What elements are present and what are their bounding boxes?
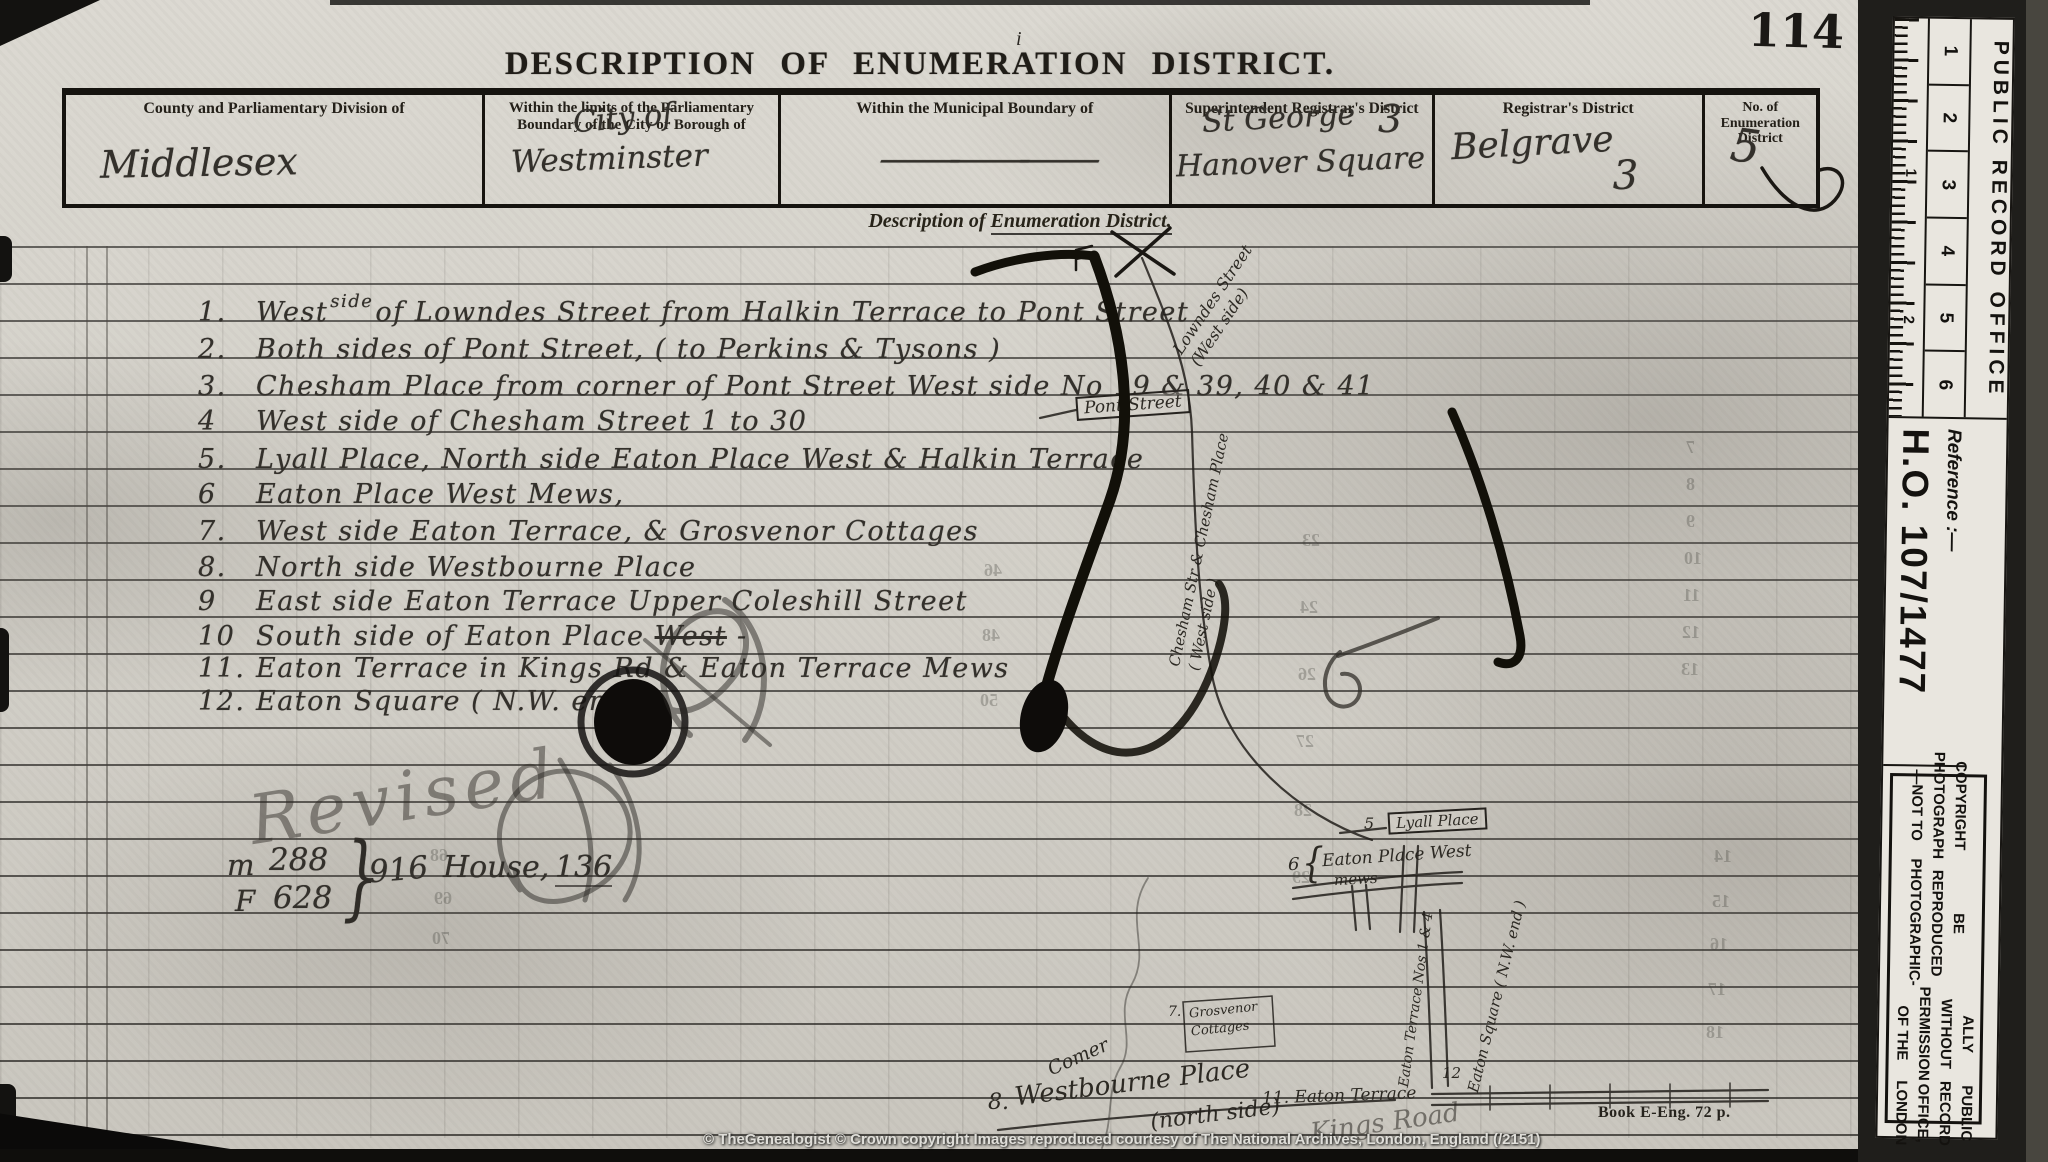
photo-edge-far-right bbox=[2026, 0, 2048, 1162]
pro-ruler-strip: 1 2 1 2 3 4 5 6 PUBLIC RECORD OFFICE Ref… bbox=[1875, 16, 2015, 1140]
scale-number: 2 bbox=[1937, 112, 1959, 123]
item-text: Eaton Place West Mews, bbox=[256, 479, 624, 510]
female-label: F bbox=[235, 884, 255, 918]
bleedthrough-number: 28 bbox=[1294, 800, 1312, 821]
scale-number: 6 bbox=[1933, 379, 1955, 390]
municipal-boundary-label: Within the Municipal Boundary of bbox=[781, 100, 1169, 118]
item-number: 8. bbox=[198, 552, 256, 583]
section-heading-part1: Description of bbox=[868, 210, 990, 232]
ruler-inch-number: 1 bbox=[1902, 168, 1919, 177]
house-value: 136 bbox=[555, 850, 612, 887]
reference-label: Reference :— bbox=[1937, 429, 1964, 755]
scale-number: 3 bbox=[1936, 179, 1958, 190]
list-item: 6Eaton Place West Mews, bbox=[198, 479, 624, 513]
ruler-inch-number: 2 bbox=[1900, 315, 1917, 324]
copyright-line: BE REPRODUCED PHOTOGRAPHIC- bbox=[1903, 859, 1970, 987]
item-pre: West bbox=[256, 297, 328, 328]
cell-superintendent-district: Superintendent Registrar's District St G… bbox=[1172, 95, 1435, 204]
map-label-eaton-place-brace: { bbox=[1302, 840, 1324, 888]
list-item: 8.North side Westbourne Place bbox=[198, 552, 696, 586]
item-text: Both sides of Pont Street, ( to Perkins … bbox=[256, 334, 1001, 365]
registrar-district-value: Belgrave bbox=[1450, 119, 1615, 168]
bleedthrough-number: 26 bbox=[1298, 664, 1316, 685]
bleedthrough-number: 27 bbox=[1296, 731, 1314, 752]
scale-box: 2 bbox=[1928, 85, 1969, 152]
scale-box: 4 bbox=[1926, 219, 1967, 286]
copyright-line: PUBLIC RECORD OFFICE, LONDON bbox=[1889, 1080, 1977, 1146]
scale-number: 4 bbox=[1935, 246, 1957, 257]
superintendent-district-value-1: St George bbox=[1201, 97, 1356, 140]
registrar-district-num: 3 bbox=[1613, 153, 1638, 199]
superintendent-district-num: 3 bbox=[1378, 97, 1402, 141]
ruler-scale-boxes: 1 2 3 4 5 6 bbox=[1924, 19, 1972, 418]
ruler-ticks: 1 2 bbox=[1889, 18, 1930, 417]
photo-edge-nick bbox=[0, 628, 9, 712]
list-item: 7.West side Eaton Terrace, & Grosvenor C… bbox=[198, 516, 979, 550]
item-number: 11. bbox=[198, 653, 256, 684]
cell-parliamentary-boundary: Within the limits of the Parliamentary B… bbox=[485, 95, 781, 204]
bleedthrough-number: 24 bbox=[1300, 597, 1318, 618]
male-label: m bbox=[227, 848, 255, 882]
county-label: County and Parliamentary Division of bbox=[66, 100, 482, 118]
female-value: 628 bbox=[273, 880, 332, 916]
item-text: West side of Chesham Street 1 to 30 bbox=[256, 406, 808, 437]
bleedthrough-number: 11 bbox=[1683, 585, 1700, 606]
map-label-grosvenor-number: 7. bbox=[1168, 1004, 1181, 1020]
item-number: 7. bbox=[198, 516, 256, 547]
list-item: 9East side Eaton Terrace Upper Coleshill… bbox=[198, 586, 968, 620]
section-heading-part2: Enumeration District. bbox=[991, 210, 1172, 235]
map-label-grosvenor-cottages: Grosvenor Cottages bbox=[1188, 999, 1260, 1042]
list-item: 2.Both sides of Pont Street, ( to Perkin… bbox=[198, 334, 1001, 368]
item-text: Lyall Place, North side Eaton Place West… bbox=[256, 444, 1144, 475]
scale-number: 1 bbox=[1938, 46, 1960, 57]
item-text: of Lowndes Street from Halkin Terrace to… bbox=[375, 297, 1189, 328]
bleedthrough-number: 17 bbox=[1708, 979, 1726, 1000]
map-label-eaton-place-mews: mews bbox=[1334, 869, 1379, 889]
item-number: 3. bbox=[198, 371, 256, 402]
map-label-westbourne-number: 8. bbox=[988, 1090, 1009, 1115]
population-summary: m 288 F 628 } 916 House, 136 bbox=[225, 840, 685, 940]
list-item: 12.Eaton Square ( N.W. end. ) bbox=[198, 686, 659, 720]
item-number: 4 bbox=[198, 406, 256, 437]
scale-number: 5 bbox=[1934, 312, 1956, 323]
bleedthrough-number: 13 bbox=[1681, 659, 1699, 680]
ruler-section: 1 2 1 2 3 4 5 6 PUBLIC RECORD OFFICE bbox=[1889, 18, 2013, 420]
item-text: Chesham Place from corner of Pont Street… bbox=[256, 371, 1375, 402]
list-item: 3.Chesham Place from corner of Pont Stre… bbox=[198, 371, 1375, 405]
registrar-district-label: Registrar's District bbox=[1435, 100, 1702, 118]
item-number: 1. bbox=[198, 297, 256, 328]
item-number: 9 bbox=[198, 586, 256, 617]
list-item: 1.Westsideof Lowndes Street from Halkin … bbox=[198, 291, 1189, 325]
cell-enumeration-district-no: No. of Enumeration District 5 bbox=[1705, 95, 1816, 204]
watermark-credit: © TheGenealogist © Crown copyright Image… bbox=[703, 1131, 1541, 1148]
list-item: 11.Eaton Terrace in Kings Rd & Eaton Ter… bbox=[198, 653, 1010, 687]
copyright-line: ALLY WITHOUT PERMISSION OF THE bbox=[1890, 986, 1978, 1082]
item-text: East side Eaton Terrace Upper Coleshill … bbox=[256, 586, 968, 617]
item-number: 5. bbox=[198, 444, 256, 475]
house-label: House, bbox=[443, 850, 549, 885]
section-heading: Description of Enumeration District. bbox=[760, 210, 1280, 233]
bleedthrough-number: 10 bbox=[1684, 548, 1702, 569]
margin-rule-left bbox=[86, 246, 88, 1130]
bleedthrough-number: 46 bbox=[984, 560, 1002, 581]
item-tail: - bbox=[737, 621, 748, 652]
item-superscript: side bbox=[330, 291, 373, 312]
total-value: 916 bbox=[368, 849, 430, 890]
item-number: 12. bbox=[198, 686, 256, 717]
map-label-eaton-place-number: 6 bbox=[1288, 854, 1299, 875]
copyright-section: COPYRIGHT PHOTOGRAPH—NOT TO BE REPRODUCE… bbox=[1878, 766, 2002, 1132]
item-number: 2. bbox=[198, 334, 256, 365]
list-item: 10South side of Eaton Place West - bbox=[198, 621, 748, 655]
reference-section: Reference :— H.O. 107/1477 bbox=[1883, 418, 1970, 767]
header-table: County and Parliamentary Division of Mid… bbox=[62, 88, 1820, 208]
photo-edge-nick bbox=[0, 236, 12, 282]
map-label-grosvenor-line2: Cottages bbox=[1190, 1019, 1250, 1040]
item-text: North side Westbourne Place bbox=[256, 552, 696, 583]
bleedthrough-number: 15 bbox=[1712, 891, 1730, 912]
superintendent-district-value-2: Hanover Square bbox=[1175, 141, 1425, 185]
map-label-eaton-square-number: 12 bbox=[1442, 1064, 1461, 1082]
item-text: West side Eaton Terrace, & Grosvenor Cot… bbox=[256, 516, 979, 547]
copyright-box: COPYRIGHT PHOTOGRAPH—NOT TO BE REPRODUCE… bbox=[1885, 773, 1987, 1124]
scale-box: 6 bbox=[1924, 352, 1965, 417]
parliamentary-boundary-value-2: Westminster bbox=[511, 138, 709, 181]
item-number: 10 bbox=[198, 621, 256, 652]
cell-municipal-boundary: Within the Municipal Boundary of ——— bbox=[781, 95, 1172, 204]
cell-county: County and Parliamentary Division of Mid… bbox=[66, 95, 485, 204]
bleedthrough-number: 48 bbox=[982, 625, 1000, 646]
book-reference: Book E-Eng. 72 p. bbox=[1598, 1104, 1731, 1122]
public-record-office-label: PUBLIC RECORD OFFICE bbox=[1966, 19, 2013, 418]
scanned-census-page: 7891011121314151617182324262728294648506… bbox=[0, 0, 2048, 1162]
scale-box: 3 bbox=[1927, 152, 1968, 219]
county-value: Middlesex bbox=[100, 139, 299, 186]
copyright-line: COPYRIGHT PHOTOGRAPH—NOT TO bbox=[1905, 751, 1972, 859]
photo-edge-top bbox=[330, 0, 1590, 5]
bleedthrough-number: 16 bbox=[1710, 934, 1728, 955]
municipal-boundary-value: ——— bbox=[877, 139, 1086, 180]
parliamentary-boundary-value-1: City of bbox=[572, 97, 675, 141]
map-label-lyall-number: 5 bbox=[1364, 814, 1374, 833]
item-text: Eaton Terrace in Kings Rd & Eaton Terrac… bbox=[256, 653, 1010, 684]
item-text: South side of Eaton Place bbox=[256, 621, 645, 652]
bleedthrough-number: 12 bbox=[1682, 622, 1700, 643]
margin-rule-left-2 bbox=[106, 246, 108, 1130]
bleedthrough-number: 14 bbox=[1714, 846, 1732, 867]
list-item: 4West side of Chesham Street 1 to 30 bbox=[198, 406, 808, 440]
reference-value: H.O. 107/1477 bbox=[1889, 428, 1936, 755]
item-struck-text: West bbox=[655, 621, 727, 652]
bleedthrough-number: 7 bbox=[1686, 437, 1695, 458]
bleedthrough-number: 9 bbox=[1686, 511, 1695, 532]
scale-box: 5 bbox=[1925, 285, 1966, 352]
enumeration-district-no-label-1: No. of bbox=[1705, 100, 1816, 116]
bleedthrough-number: 50 bbox=[980, 690, 998, 711]
folio-number: 114 bbox=[1747, 3, 1844, 59]
bleedthrough-number: 23 bbox=[1302, 530, 1320, 551]
item-number: 6 bbox=[198, 479, 256, 510]
scale-box: 1 bbox=[1929, 19, 1970, 86]
item-text: Eaton Square ( N.W. end. ) bbox=[256, 686, 659, 717]
cell-registrar-district: Registrar's District Belgrave 3 bbox=[1435, 95, 1705, 204]
bleedthrough-number: 8 bbox=[1686, 474, 1695, 495]
photo-edge-bottom bbox=[0, 1149, 1872, 1162]
page-title: DESCRIPTION OF ENUMERATION DISTRICT. bbox=[470, 46, 1370, 83]
bleedthrough-number: 18 bbox=[1706, 1022, 1724, 1043]
list-item: 5.Lyall Place, North side Eaton Place We… bbox=[198, 444, 1144, 478]
